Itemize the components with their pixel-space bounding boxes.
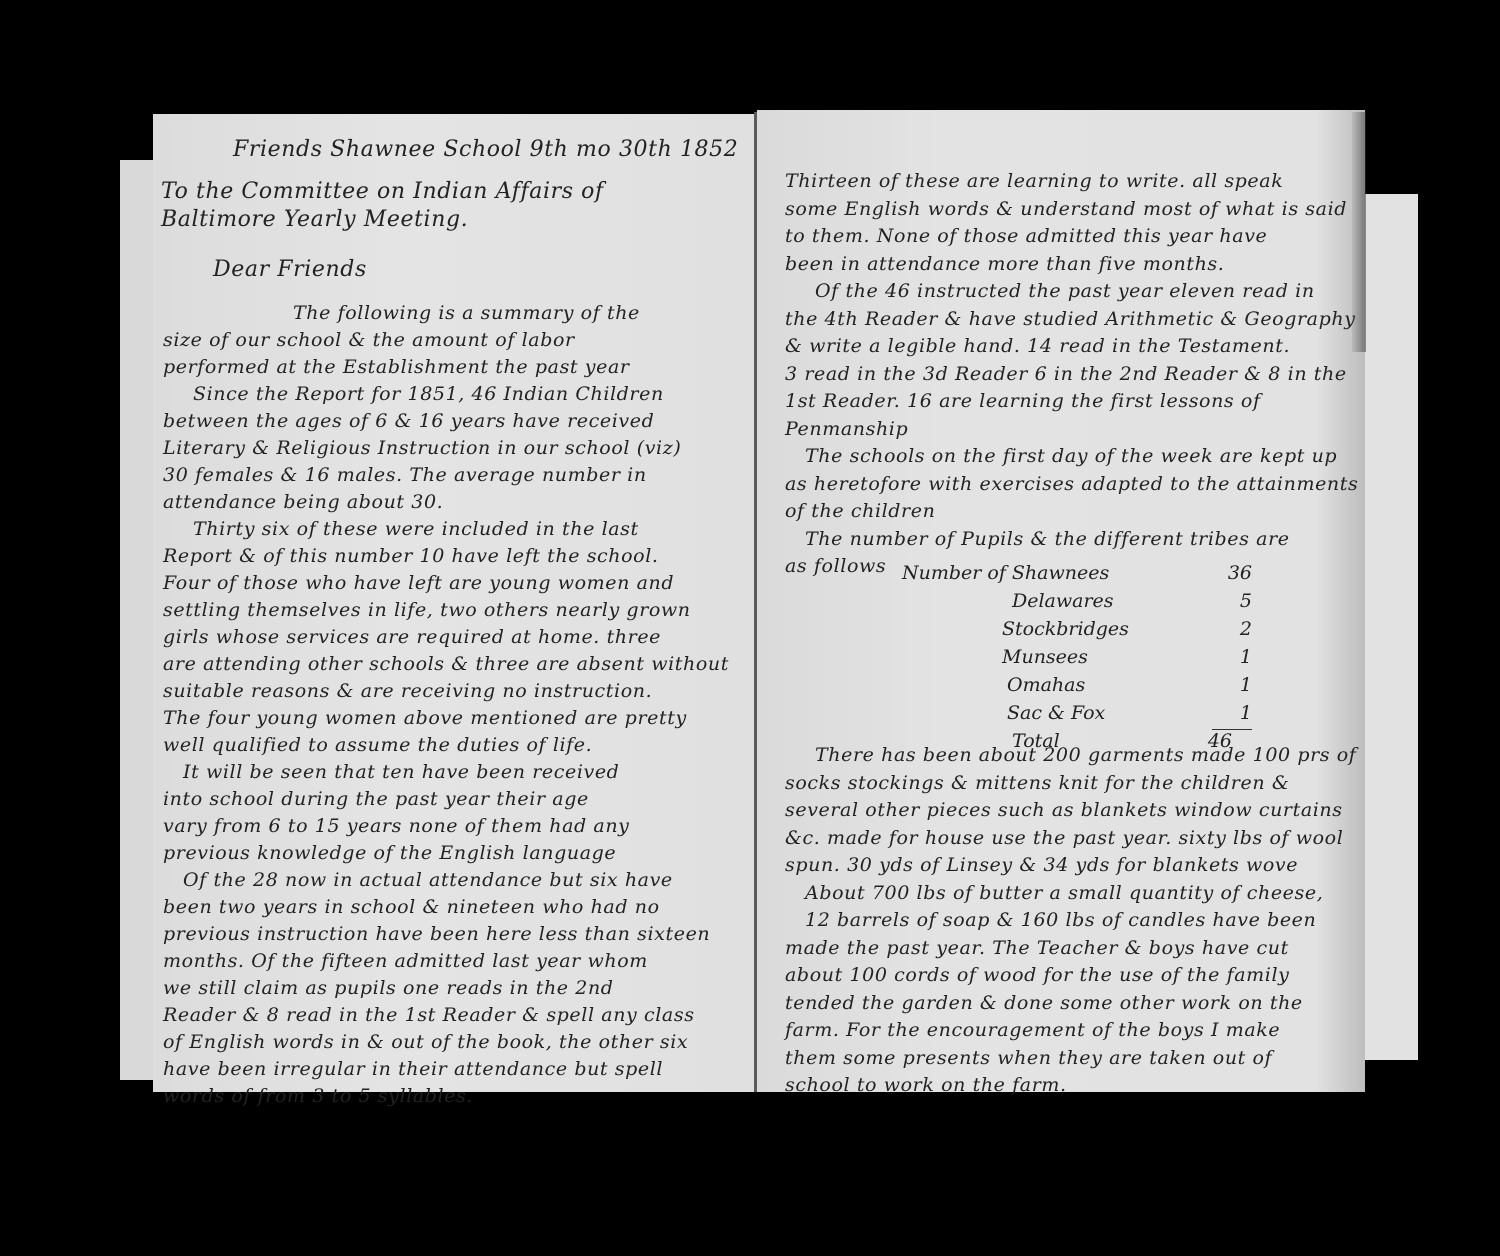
body-line: been in attendance more than five months… (785, 251, 1358, 279)
body-line: 3 read in the 3d Reader 6 in the 2nd Rea… (785, 361, 1358, 389)
body-line: about 100 cords of wood for the use of t… (785, 962, 1356, 990)
tribe-row: Omahas 1 (902, 674, 1252, 702)
body-line: some English words & understand most of … (785, 196, 1358, 224)
body-line: the 4th Reader & have studied Arithmetic… (785, 306, 1358, 334)
salutation: Dear Friends (213, 256, 367, 284)
body-line: size of our school & the amount of labor (163, 327, 729, 354)
tribe-row: Delawares 5 (902, 590, 1252, 618)
tribe-row: Sac & Fox 1 (902, 702, 1252, 730)
body-line: settling themselves in life, two others … (163, 597, 729, 624)
body-line: have been irregular in their attendance … (163, 1056, 729, 1083)
body-line: several other pieces such as blankets wi… (785, 797, 1356, 825)
body-line: of English words in & out of the book, t… (163, 1029, 729, 1056)
body-line: school to work on the farm. (785, 1072, 1356, 1100)
tribe-count: 2 (1212, 618, 1252, 646)
tribe-row: Number of Shawnees 36 (902, 562, 1252, 590)
tribe-count: 1 (1212, 674, 1252, 702)
tribe-row: Munsees 1 (902, 646, 1252, 674)
body-line: previous knowledge of the English langua… (163, 840, 729, 867)
body-line: Literary & Religious Instruction in our … (163, 435, 729, 462)
body-line: been two years in school & nineteen who … (163, 894, 729, 921)
body-line: Thirteen of these are learning to write.… (785, 168, 1358, 196)
tribe-count: 1 (1212, 646, 1252, 674)
body-line: 12 barrels of soap & 160 lbs of candles … (785, 907, 1356, 935)
letter-page-left: Friends Shawnee School 9th mo 30th 1852 … (153, 114, 756, 1092)
body-line: attendance being about 30. (163, 489, 729, 516)
page-fold (754, 112, 757, 1092)
body-line: to them. None of those admitted this yea… (785, 223, 1358, 251)
letter-page-right: Thirteen of these are learning to write.… (757, 110, 1365, 1092)
tribe-name: Munsees (902, 646, 1212, 674)
body-line: are attending other schools & three are … (163, 651, 729, 678)
tribe-count: 5 (1212, 590, 1252, 618)
address-line: Baltimore Yearly Meeting. (161, 206, 604, 234)
body-line: It will be seen that ten have been recei… (163, 759, 729, 786)
body-line: & write a legible hand. 14 read in the T… (785, 333, 1358, 361)
tribe-name: Sac & Fox (902, 702, 1212, 730)
body-line: Four of those who have left are young wo… (163, 570, 729, 597)
body-line: Reader & 8 read in the 1st Reader & spel… (163, 1002, 729, 1029)
tribe-name: Stockbridges (902, 618, 1212, 646)
body-line: farm. For the encouragement of the boys … (785, 1017, 1356, 1045)
tribe-count: 1 (1212, 702, 1252, 730)
body-line: socks stockings & mittens knit for the c… (785, 770, 1356, 798)
body-line: performed at the Establishment the past … (163, 354, 729, 381)
body-line: Penmanship (785, 416, 1358, 444)
body-line: them some presents when they are taken o… (785, 1045, 1356, 1073)
tribe-name: Omahas (902, 674, 1212, 702)
body-line: Report & of this number 10 have left the… (163, 543, 729, 570)
body-line: 30 females & 16 males. The average numbe… (163, 462, 729, 489)
page-edge-shadow (1352, 112, 1366, 352)
left-body: The following is a summary of the size o… (163, 300, 729, 1110)
body-line: words of from 3 to 5 syllables. (163, 1083, 729, 1110)
tribes-table: Number of Shawnees 36 Delawares 5 Stockb… (902, 562, 1252, 758)
tribe-row: Stockbridges 2 (902, 618, 1252, 646)
body-line: There has been about 200 garments made 1… (785, 742, 1356, 770)
right-body-top: Thirteen of these are learning to write.… (785, 168, 1358, 581)
right-body-bottom: There has been about 200 garments made 1… (785, 742, 1356, 1100)
body-line: spun. 30 yds of Linsey & 34 yds for blan… (785, 852, 1356, 880)
body-line: of the children (785, 498, 1358, 526)
body-line: The four young women above mentioned are… (163, 705, 729, 732)
body-line: tended the garden & done some other work… (785, 990, 1356, 1018)
body-line: suitable reasons & are receiving no inst… (163, 678, 729, 705)
body-line: &c. made for house use the past year. si… (785, 825, 1356, 853)
body-line: 1st Reader. 16 are learning the first le… (785, 388, 1358, 416)
body-line: The schools on the first day of the week… (785, 443, 1358, 471)
body-line: between the ages of 6 & 16 years have re… (163, 408, 729, 435)
body-line: as heretofore with exercises adapted to … (785, 471, 1358, 499)
body-line: The number of Pupils & the different tri… (785, 526, 1358, 554)
underlying-page-right-edge (1360, 194, 1418, 1060)
address-line: To the Committee on Indian Affairs of (161, 178, 604, 206)
body-line: well qualified to assume the duties of l… (163, 732, 729, 759)
tribe-name: Number of Shawnees (902, 562, 1212, 590)
tribe-name: Delawares (902, 590, 1212, 618)
body-line: About 700 lbs of butter a small quantity… (785, 880, 1356, 908)
tribe-count: 36 (1212, 562, 1252, 590)
body-line: vary from 6 to 15 years none of them had… (163, 813, 729, 840)
dateline: Friends Shawnee School 9th mo 30th 1852 (233, 136, 738, 164)
body-line: months. Of the fifteen admitted last yea… (163, 948, 729, 975)
body-line: made the past year. The Teacher & boys h… (785, 935, 1356, 963)
body-line: previous instruction have been here less… (163, 921, 729, 948)
body-line: we still claim as pupils one reads in th… (163, 975, 729, 1002)
body-line: The following is a summary of the (163, 300, 729, 327)
body-line: Of the 28 now in actual attendance but s… (163, 867, 729, 894)
body-line: girls whose services are required at hom… (163, 624, 729, 651)
body-line: into school during the past year their a… (163, 786, 729, 813)
body-line: Since the Report for 1851, 46 Indian Chi… (163, 381, 729, 408)
body-line: Thirty six of these were included in the… (163, 516, 729, 543)
body-line: Of the 46 instructed the past year eleve… (785, 278, 1358, 306)
